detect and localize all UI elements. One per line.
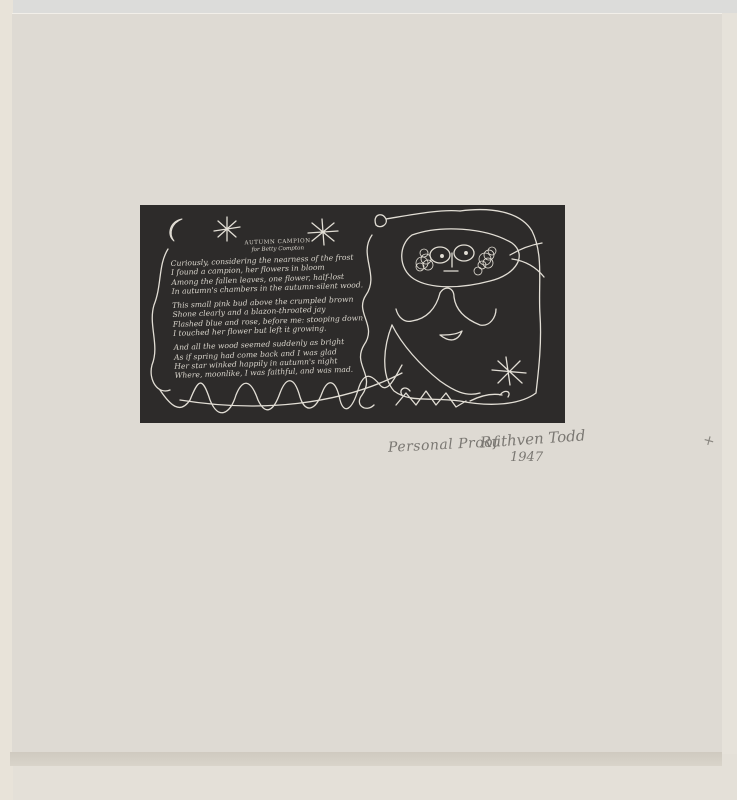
backdrop-right — [722, 13, 737, 754]
eye-icon — [454, 245, 474, 261]
backdrop-top — [0, 0, 737, 14]
poem-stanza: This small pink bud above the crumpled b… — [172, 294, 388, 339]
star-icon — [492, 357, 526, 385]
zigzag-line — [396, 391, 466, 407]
body-outline — [440, 288, 496, 325]
loop-line — [375, 215, 386, 227]
poem-stanza: And all the wood seemed suddenly as brig… — [174, 336, 390, 381]
poem-stanza: Curiously, considering the nearness of t… — [171, 251, 387, 296]
eye-icon — [430, 247, 450, 263]
wavy-line — [151, 249, 170, 391]
paper-edge-shadow — [10, 752, 722, 766]
poem-text: AUTUMN CAMPION for Betty Compton Curious… — [170, 235, 390, 385]
inscription-year: 1947 — [510, 450, 543, 465]
print-image: AUTUMN CAMPION for Betty Compton Curious… — [140, 205, 565, 423]
moon-icon — [170, 219, 182, 241]
star-icon — [214, 217, 240, 241]
